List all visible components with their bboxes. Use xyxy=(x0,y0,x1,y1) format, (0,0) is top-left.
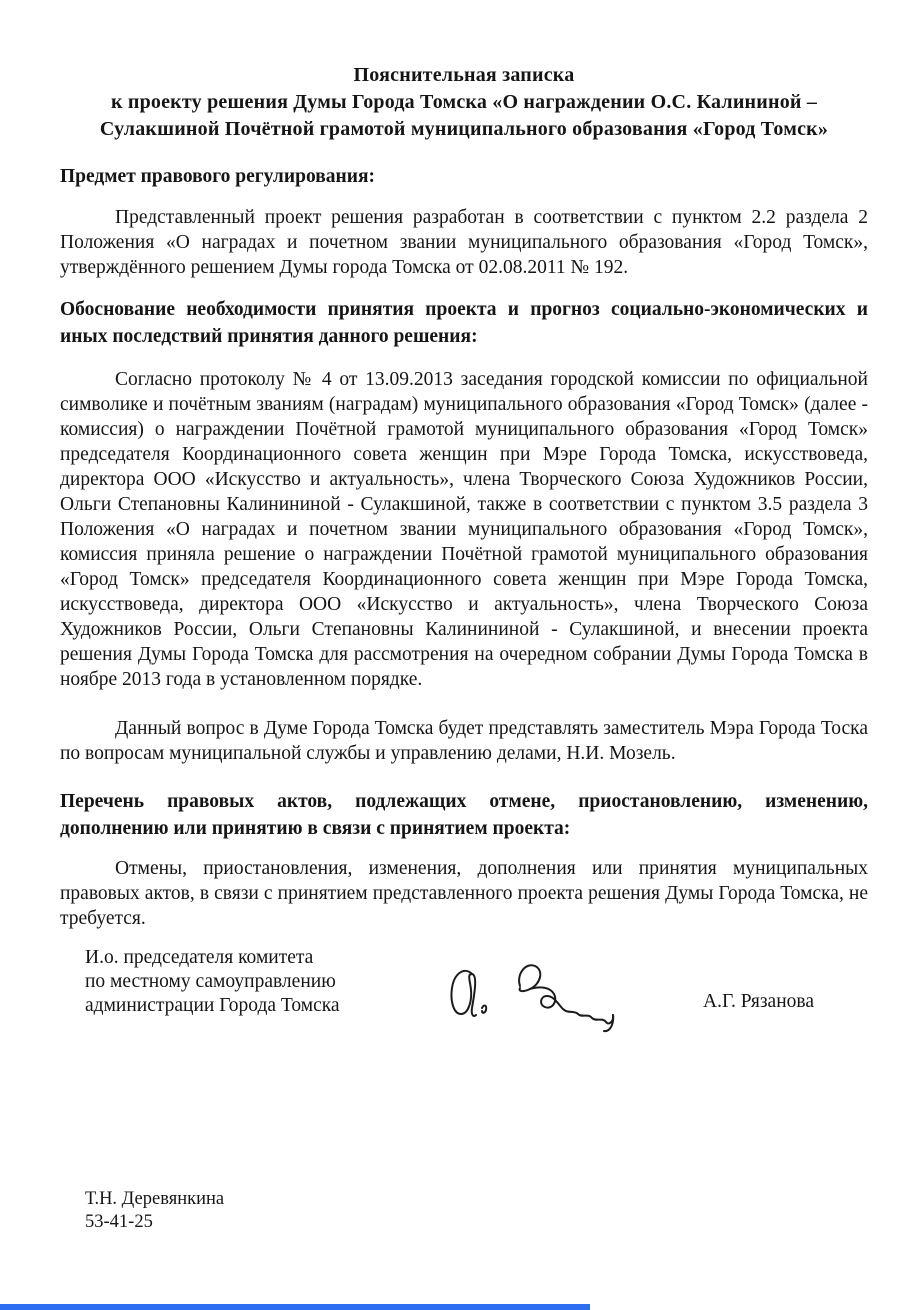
signature-handwriting xyxy=(442,952,637,1044)
paragraph-acts: Отмены, приостановления, изменения, допо… xyxy=(60,856,868,931)
title-line-3: Сулакшиной Почётной грамотой муниципальн… xyxy=(60,116,868,143)
document-page: Пояснительная записка к проекту решения … xyxy=(0,0,900,1310)
paragraph-protocol: Согласно протоколу № 4 от 13.09.2013 зас… xyxy=(60,367,868,692)
executor-block: Т.Н. Деревянкина 53-41-25 xyxy=(85,1188,224,1234)
bottom-blue-line xyxy=(0,1304,590,1310)
section-heading-subject: Предмет правового регулирования: xyxy=(60,163,868,190)
paragraph-subject: Представленный проект решения разработан… xyxy=(60,205,868,280)
signer-position-line-1: И.о. председателя комитета xyxy=(85,946,340,970)
title-line-2: к проекту решения Думы Города Томска «О … xyxy=(60,89,868,116)
executor-phone: 53-41-25 xyxy=(85,1211,224,1234)
paragraph-presenter: Данный вопрос в Думе Города Томска будет… xyxy=(60,716,868,766)
signer-position-line-2: по местному самоуправлению xyxy=(85,970,340,994)
signer-position-line-3: администрации Города Томска xyxy=(85,994,340,1018)
document-title: Пояснительная записка к проекту решения … xyxy=(60,62,868,143)
section-heading-justification: Обоснование необходимости принятия проек… xyxy=(60,296,868,350)
executor-name: Т.Н. Деревянкина xyxy=(85,1188,224,1211)
signer-position-block: И.о. председателя комитета по местному с… xyxy=(85,946,340,1018)
signer-name: А.Г. Рязанова xyxy=(703,991,814,1013)
title-line-1: Пояснительная записка xyxy=(60,62,868,89)
section-heading-acts-list: Перечень правовых актов, подлежащих отме… xyxy=(60,788,868,842)
